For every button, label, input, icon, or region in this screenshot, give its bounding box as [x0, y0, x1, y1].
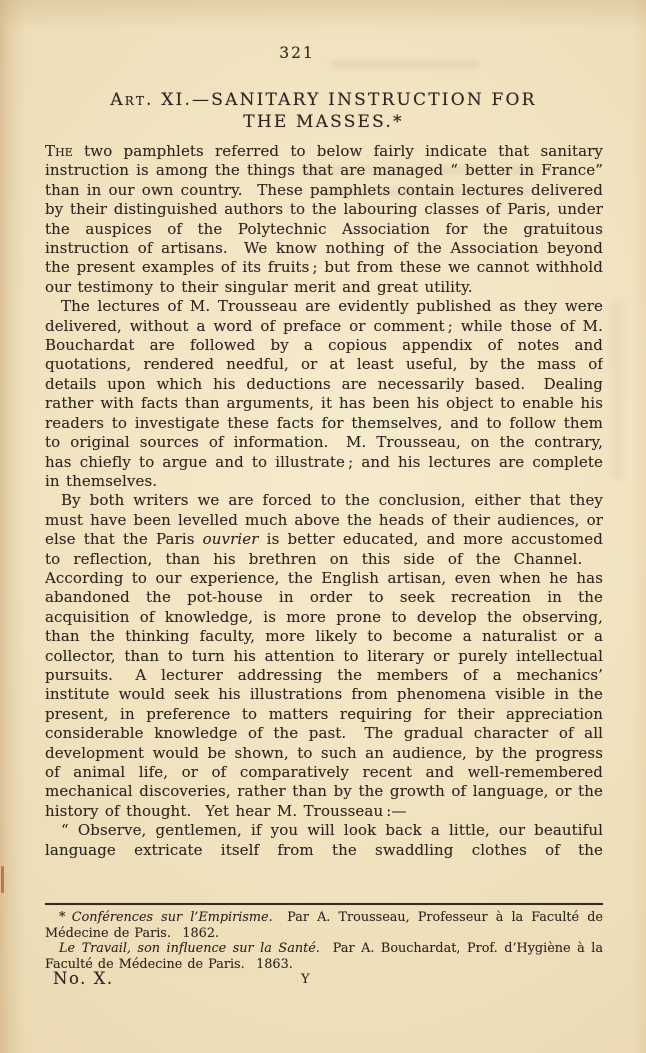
showthrough-smudge — [610, 300, 624, 480]
footnote-1: * Conférences sur l’Empirisme. Par A. Tr… — [45, 910, 603, 941]
paragraph-1-text: two pamphlets referred to below fairly i… — [45, 142, 603, 296]
printers-signature-mark: Y — [301, 972, 311, 987]
footnote-section: * Conférences sur l’Empirisme. Par A. Tr… — [45, 903, 603, 972]
article-title-line2: THE MASSES.* — [45, 112, 602, 134]
page-edge-fiber-mark — [1, 866, 4, 893]
paragraph-2-text: The lectures of M. Trousseau are evident… — [45, 297, 603, 490]
footnote-2-work-title: Le Travail, son influence sur la Santé. — [59, 941, 320, 956]
paragraph-4-quotation: “ Observe, gentlemen, if you will look b… — [45, 821, 603, 860]
paragraph-1: The two pamphlets referred to below fair… — [45, 142, 603, 297]
page-footer: No. X. Y — [45, 969, 603, 993]
scanned-journal-page: 321 Art. XI.—SANITARY INSTRUCTION FOR TH… — [0, 0, 646, 1053]
article-body: The two pamphlets referred to below fair… — [45, 142, 603, 902]
footnote-asterisk-marker: * — [59, 910, 72, 925]
italic-term-ouvrier: ouvrier — [203, 530, 259, 548]
footnote-2: Le Travail, son influence sur la Santé. … — [45, 941, 603, 972]
paragraph-3-text-continued: is better educated, and more accustomed … — [45, 530, 603, 820]
issue-number: No. X. — [53, 969, 114, 988]
paragraph-4-text: “ Observe, gentlemen, if you will look b… — [45, 821, 603, 858]
footnote-1-work-title: Conférences sur l’Empirisme. — [72, 910, 273, 925]
paragraph-2: The lectures of M. Trousseau are evident… — [45, 297, 603, 491]
footnote-divider-rule — [45, 903, 603, 905]
paragraph-3: By both writers we are forced to the con… — [45, 491, 603, 821]
article-title-line1: Art. XI.—SANITARY INSTRUCTION FOR — [45, 90, 602, 112]
article-title: Art. XI.—SANITARY INSTRUCTION FOR THE MA… — [45, 90, 602, 133]
page-number: 321 — [0, 44, 594, 62]
paragraph-1-lead-smallcaps: The — [45, 142, 73, 160]
